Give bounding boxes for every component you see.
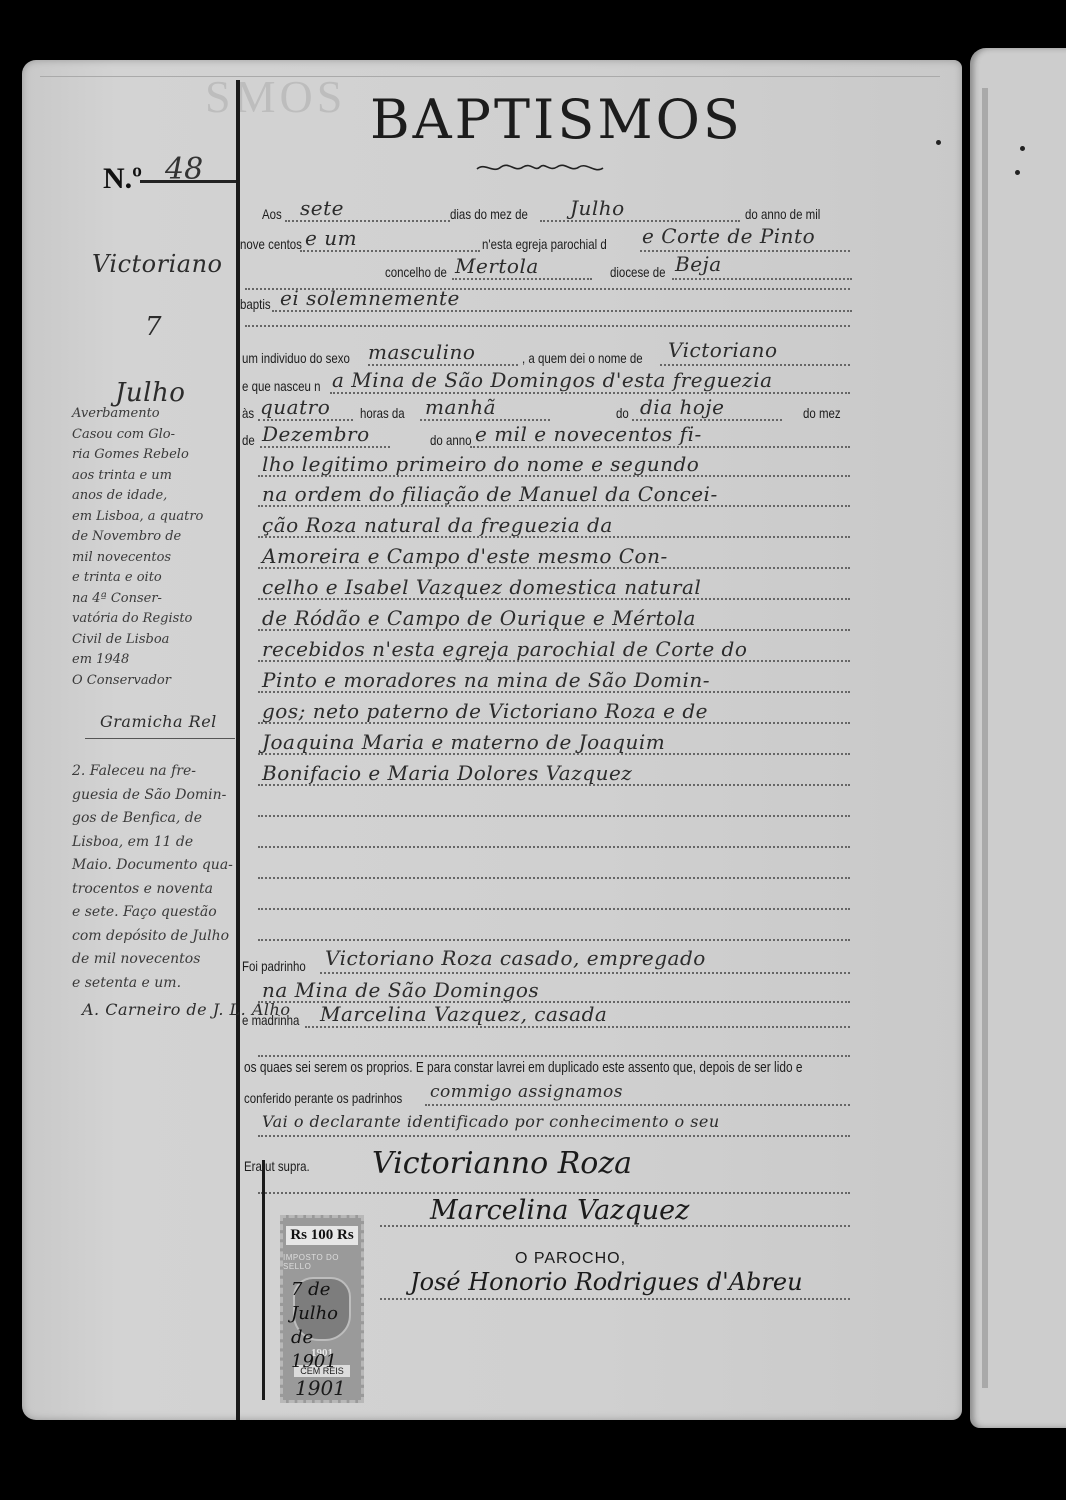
note-line: mil novecentos	[72, 548, 234, 569]
field-month-ref: Dezembro	[262, 422, 370, 446]
margin-annotation-marriage: Averbamento Casou com Glo- ria Gomes Reb…	[72, 404, 234, 691]
body-line: celho e Isabel Vazquez domestica natural	[262, 575, 701, 599]
field-day: sete	[300, 196, 344, 220]
signature-godmother: Marcelina Vazquez	[430, 1195, 689, 1226]
page-title: BAPTISMOS	[370, 88, 743, 151]
label-aos: Aos	[262, 206, 282, 222]
stamp-handwritten-year: 1901	[295, 1376, 346, 1400]
binding-hole	[1020, 146, 1025, 151]
cancel-line: de 1901	[291, 1326, 361, 1374]
field-line	[258, 1135, 850, 1137]
note-line: O Conservador	[72, 671, 234, 692]
field-baptis: ei solemnemente	[280, 286, 460, 310]
body-line: Joaquina Maria e materno de Joaquim	[262, 730, 665, 754]
margin-annotation-death: 2. Faleceu na fre- guesia de São Domin- …	[72, 760, 234, 995]
field-day-ref: dia hoje	[640, 395, 724, 419]
label-conferido: conferido perante os padrinhos	[244, 1090, 402, 1106]
label-de: de	[242, 432, 255, 448]
body-line: Amoreira e Campo d'este mesmo Con-	[262, 544, 668, 568]
field-line	[660, 364, 850, 366]
label-egreja: n'esta egreja parochial d	[482, 236, 607, 252]
note-line: gos de Benfica, de	[72, 807, 234, 831]
field-year: e um	[305, 226, 357, 250]
field-line	[640, 250, 850, 252]
label-as: às	[242, 405, 254, 421]
closing-text: os quaes sei serem os proprios. E para c…	[244, 1060, 802, 1076]
field-line	[420, 419, 550, 421]
field-hour: quatro	[260, 395, 330, 419]
margin-name: Victoriano	[92, 250, 222, 278]
note-line: Maio. Documento qua-	[72, 854, 234, 878]
field-line	[300, 250, 480, 252]
field-godfather: Victoriano Roza casado, empregado	[325, 946, 706, 970]
field-sex: masculino	[368, 340, 475, 364]
field-declarante: Vai o declarante identificado por conhec…	[262, 1112, 720, 1131]
field-line	[258, 1055, 850, 1057]
entry-number-value: 48	[165, 152, 203, 187]
field-line	[320, 972, 850, 974]
field-line	[258, 939, 850, 941]
label-horas: horas da	[360, 405, 405, 421]
label-mez: do mez	[803, 405, 841, 421]
field-name: Victoriano	[668, 338, 778, 362]
body-line: Bonifacio e Maria Dolores Vazquez	[262, 761, 632, 785]
stamp-divider	[262, 1160, 265, 1400]
label-madrinha: e madrinha	[242, 1012, 299, 1028]
signature-priest: José Honorio Rodrigues d'Abreu	[410, 1268, 803, 1296]
field-line	[258, 877, 850, 879]
priest-label: O PAROCHO,	[515, 1250, 626, 1268]
note-line: ria Gomes Rebelo	[72, 445, 234, 466]
field-line	[425, 1104, 850, 1106]
margin-day: 7	[145, 312, 162, 342]
body-line: gos; neto paterno de Victoriano Roza e d…	[262, 699, 708, 723]
field-line	[380, 1225, 850, 1227]
label-dias: dias do mez de	[450, 206, 528, 222]
note-line: Averbamento	[72, 404, 234, 425]
field-birthplace: a Mina de São Domingos d'esta freguezia	[332, 368, 773, 392]
field-line	[470, 446, 850, 448]
stamp-cancellation: 7 de Julho de 1901	[291, 1278, 361, 1374]
margin-signature-underline	[85, 738, 235, 739]
note-line: guesia de São Domin-	[72, 784, 234, 808]
field-line	[368, 364, 518, 366]
ornament-flourish-icon	[475, 160, 605, 174]
note-line: vatória do Registo	[72, 609, 234, 630]
label-anno-2: do anno	[430, 432, 471, 448]
field-line	[540, 220, 740, 222]
margin-divider	[236, 80, 240, 1420]
entry-number-label: N.º	[103, 162, 142, 196]
note-line: de mil novecentos	[72, 948, 234, 972]
body-line: Pinto e moradores na mina de São Domin-	[262, 668, 710, 692]
field-line	[260, 446, 390, 448]
note-line: e sete. Faço questão	[72, 901, 234, 925]
era-ut-supra: Era ut supra.	[244, 1158, 310, 1174]
note-line: em 1948	[72, 650, 234, 671]
label-diocese: diocese de	[610, 264, 666, 280]
field-line	[672, 278, 852, 280]
bleed-through-title: SMOS	[205, 70, 346, 123]
body-line: recebidos n'esta egreja parochial de Cor…	[262, 637, 747, 661]
note-line: Casou com Glo-	[72, 425, 234, 446]
field-line	[632, 419, 782, 421]
field-conferido: commigo assignamos	[430, 1082, 623, 1102]
label-individuo: um individuo do sexo	[242, 350, 350, 366]
field-line	[452, 278, 592, 280]
field-period: manhã	[425, 395, 496, 419]
note-line: Civil de Lisboa	[72, 630, 234, 651]
field-line	[285, 220, 450, 222]
note-line: e setenta e um.	[72, 972, 234, 996]
field-line	[258, 419, 353, 421]
field-line	[380, 1298, 850, 1300]
stamp-arc-text: IMPOSTO DO SELLO	[283, 1253, 361, 1271]
page-fold	[982, 88, 988, 1388]
margin-signature-1: Gramicha Rel	[100, 712, 217, 731]
cancel-line: 7 de	[291, 1278, 361, 1302]
field-line	[330, 392, 850, 394]
label-baptis: baptis	[240, 296, 271, 312]
note-line: em Lisboa, a quatro	[72, 507, 234, 528]
field-line	[258, 846, 850, 848]
tax-stamp: Rs 100 Rs IMPOSTO DO SELLO 1901 CEM REIS…	[280, 1215, 364, 1403]
note-line: e trinta e oito	[72, 568, 234, 589]
binding-hole	[1015, 170, 1020, 175]
field-godmother: Marcelina Vazquez, casada	[320, 1002, 607, 1026]
note-line: de Novembro de	[72, 527, 234, 548]
field-line	[258, 1192, 850, 1194]
field-concelho: Mertola	[455, 254, 539, 278]
cancel-line: Julho	[291, 1302, 361, 1326]
field-year-ref: e mil e novecentos fi-	[475, 422, 702, 446]
label-nasceu: e que nasceu n	[242, 378, 321, 394]
body-line: ção Roza natural da freguezia da	[262, 513, 613, 537]
field-line	[305, 1026, 850, 1028]
note-line: anos de idade,	[72, 486, 234, 507]
body-line: de Ródão e Campo de Ourique e Mértola	[262, 606, 696, 630]
note-line: Lisboa, em 11 de	[72, 831, 234, 855]
note-line: com depósito de Julho	[72, 925, 234, 949]
note-line: trocentos e noventa	[72, 878, 234, 902]
adjacent-page	[970, 48, 1066, 1428]
label-nove-centos: nove centos	[240, 236, 302, 252]
stamp-value: Rs 100 Rs	[286, 1226, 357, 1245]
note-line: aos trinta e um	[72, 466, 234, 487]
label-anno: do anno de mil	[745, 206, 820, 222]
field-month: Julho	[570, 196, 625, 220]
field-parish: e Corte de Pinto	[642, 224, 815, 248]
field-line	[272, 310, 852, 312]
field-diocese: Beja	[675, 252, 722, 276]
field-line	[258, 815, 850, 817]
body-line: na ordem do filiação de Manuel da Concei…	[262, 482, 718, 506]
body-line: lho legitimo primeiro do nome e segundo	[262, 452, 699, 476]
label-do: do	[616, 405, 629, 421]
label-padrinho: Foi padrinho	[242, 958, 306, 974]
field-line	[245, 325, 850, 327]
field-godfather-cont: na Mina de São Domingos	[262, 978, 539, 1002]
label-nome: , a quem dei o nome de	[522, 350, 643, 366]
label-concelho: concelho de	[385, 264, 447, 280]
note-line: 2. Faleceu na fre-	[72, 760, 234, 784]
signature-godfather: Victorianno Roza	[372, 1146, 632, 1181]
binding-hole	[936, 140, 941, 145]
note-line: na 4ª Conser-	[72, 589, 234, 610]
field-line	[258, 908, 850, 910]
